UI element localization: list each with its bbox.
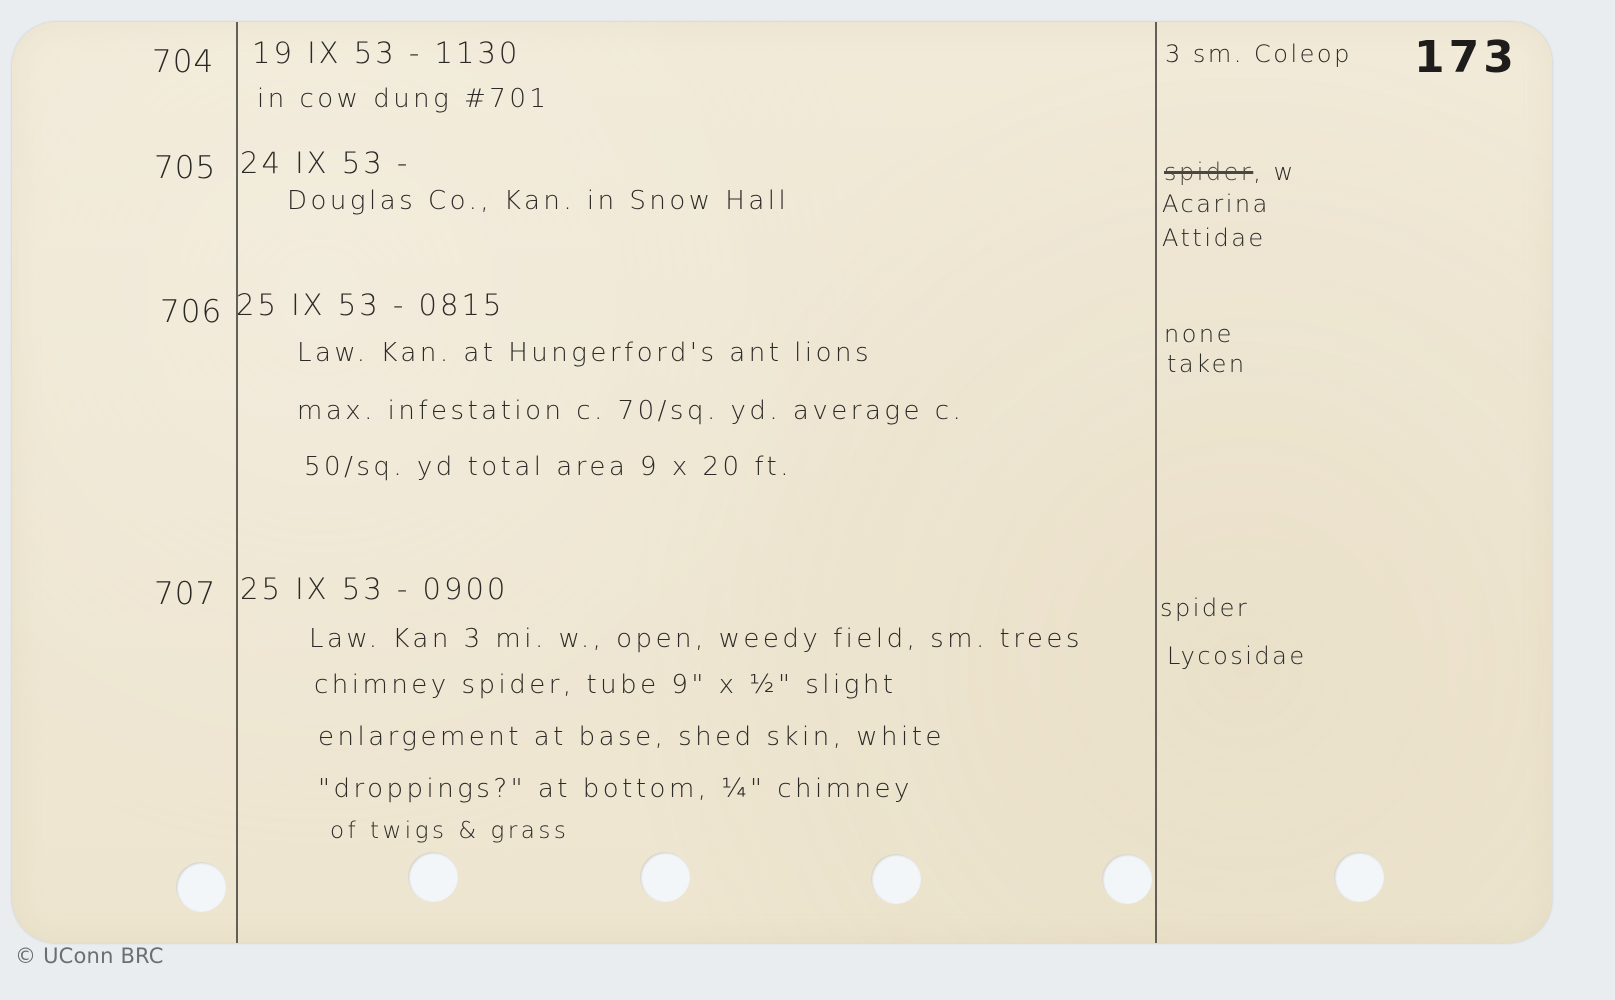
entry-note: 50/sq. yd total area 9 x 20 ft. [304,452,792,482]
entry-note: enlargement at base, shed skin, white [318,722,945,752]
entry-note: Law. Kan. at Hungerford's ant lions [297,338,872,368]
entry-note: Law. Kan 3 mi. w., open, weedy field, sm… [309,624,1083,654]
struck-side-word: spider [1164,158,1253,186]
entry-side-note: 3 sm. Coleop [1165,40,1352,68]
entry-code: 25 IX 53 - 0900 [240,572,508,606]
entry-side-note-line: spider, w [1164,158,1296,186]
catalog-number: 173 [1414,32,1518,83]
entry-code: 19 IX 53 - 1130 [252,36,520,70]
entry-note: in cow dung #701 [257,84,549,114]
field-note-card: 173 704 19 IX 53 - 1130 in cow dung #701… [12,22,1552,943]
entry-side-note: spider [1160,594,1249,622]
entry-side-note: taken [1167,350,1247,378]
punch-hole [176,862,226,912]
entry-note: chimney spider, tube 9" x ½" slight [314,670,897,700]
entry-note: "droppings?" at bottom, ¼" chimney [318,774,913,804]
entry-side-note: Lycosidae [1167,642,1307,670]
entry-note: Douglas Co., Kan. in Snow Hall [287,186,789,216]
entry-note: max. infestation c. 70/sq. yd. average c… [297,396,964,426]
entry-number: 704 [152,44,214,80]
entry-side-note: Acarina [1162,190,1270,218]
punch-hole [408,852,458,902]
entry-side-note: Attidae [1162,224,1266,252]
punch-hole [1334,852,1384,902]
entry-number: 706 [160,294,222,330]
entry-number: 705 [154,150,216,186]
right-margin-rule [1155,22,1157,943]
entry-side-note: none [1164,320,1234,348]
left-margin-rule [236,22,238,943]
entry-number: 707 [154,576,216,612]
punch-hole [1102,854,1152,904]
entry-code: 25 IX 53 - 0815 [236,288,504,322]
side-suffix: , w [1253,158,1295,186]
copyright-notice: © UConn BRC [15,944,164,968]
entry-code: 24 IX 53 - [240,146,410,180]
punch-hole [871,854,921,904]
entry-note: of twigs & grass [330,818,569,844]
punch-hole [640,852,690,902]
